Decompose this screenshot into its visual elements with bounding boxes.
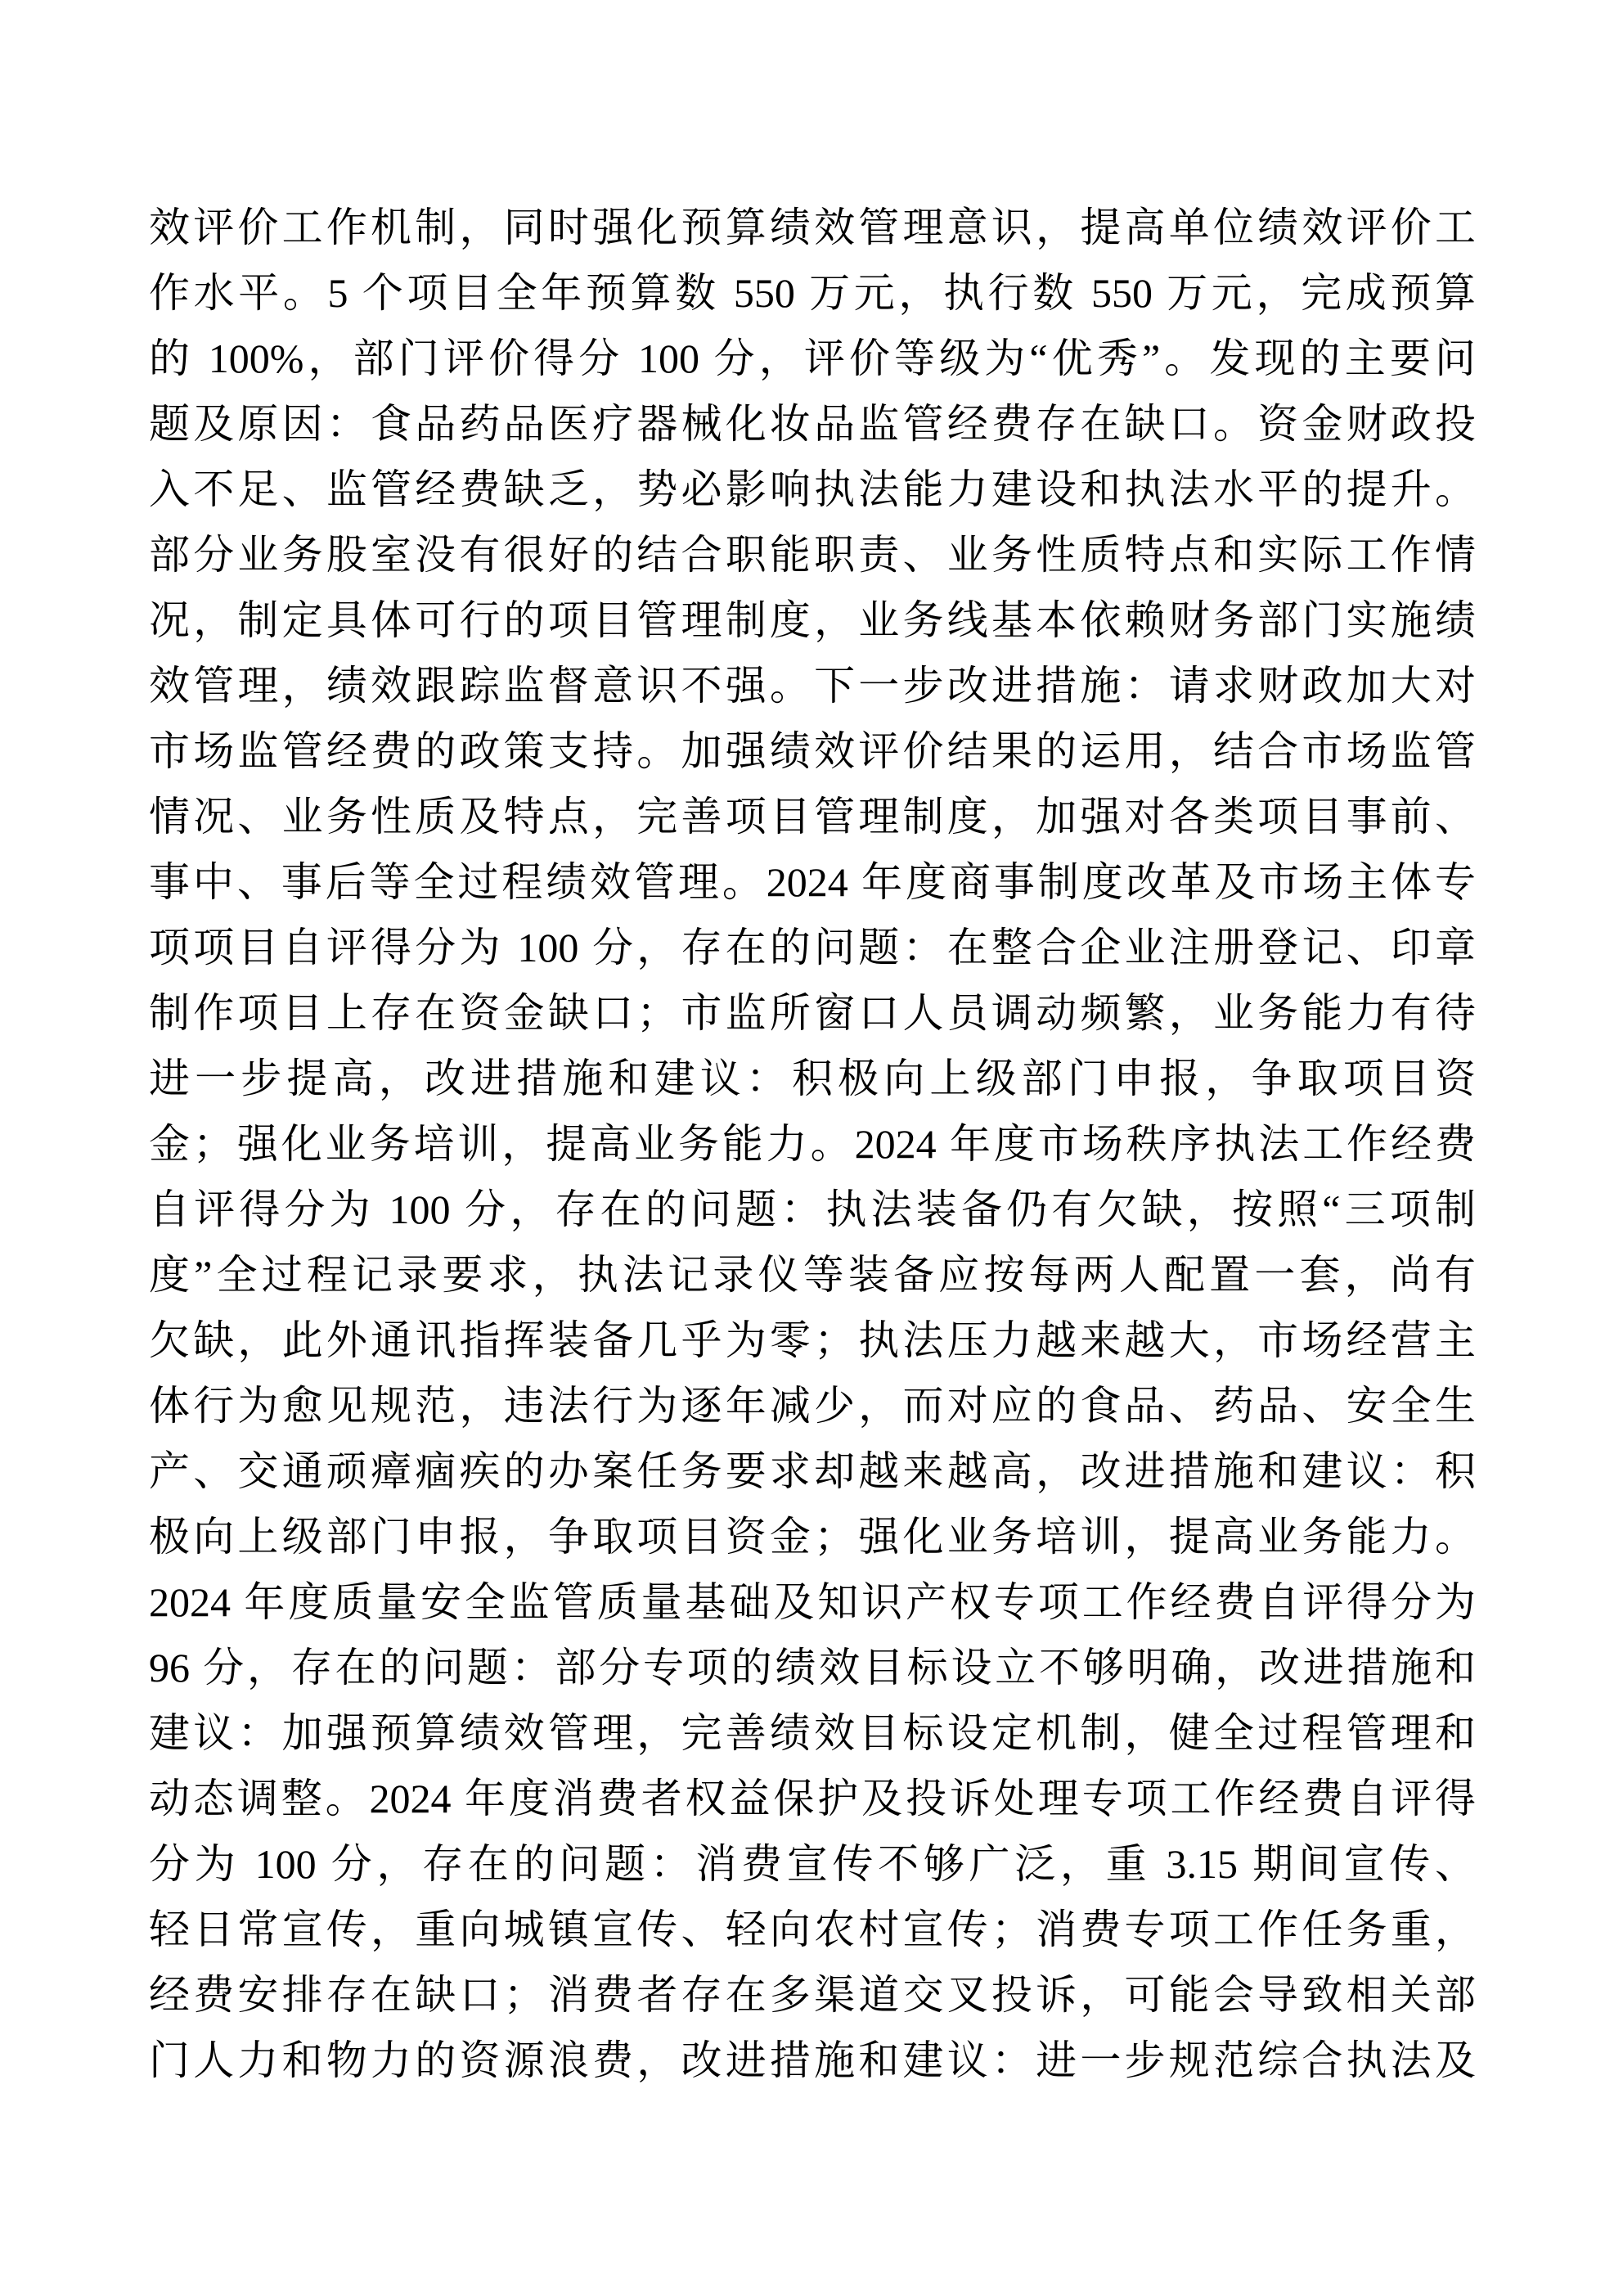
text-line: 经费安排存在缺口；消费者存在多渠道交叉投诉，可能会导致相关部	[149, 1962, 1476, 2028]
text-line: 体行为愈见规范，违法行为逐年减少，而对应的食品、药品、安全生	[149, 1373, 1476, 1438]
text-line: 进一步提高，改进措施和建议：积极向上级部门申报，争取项目资	[149, 1046, 1476, 1111]
text-line: 部分业务股室没有很好的结合职能职责、业务性质特点和实际工作情	[149, 522, 1476, 588]
text-line: 极向上级部门申报，争取项目资金；强化业务培训，提高业务能力。	[149, 1504, 1476, 1569]
text-line: 事中、事后等全过程绩效管理。2024 年度商事制度改革及市场主体专	[149, 849, 1476, 915]
text-line: 轻日常宣传，重向城镇宣传、轻向农村宣传；消费专项工作任务重，	[149, 1897, 1476, 1962]
text-line: 市场监管经费的政策支持。加强绩效评价结果的运用，结合市场监管	[149, 718, 1476, 784]
text-line: 入不足、监管经费缺乏，势必影响执法能力建设和执法水平的提升。	[149, 457, 1476, 522]
text-line: 2024 年度质量安全监管质量基础及知识产权专项工作经费自评得分为	[149, 1569, 1476, 1635]
text-line: 欠缺，此外通讯指挥装备几乎为零；执法压力越来越大，市场经营主	[149, 1308, 1476, 1373]
text-line: 门人力和物力的资源浪费，改进措施和建议：进一步规范综合执法及	[149, 2028, 1476, 2093]
document-page: 效评价工作机制，同时强化预算绩效管理意识，提高单位绩效评价工 作水平。5 个项目…	[0, 0, 1623, 2296]
body-paragraph: 效评价工作机制，同时强化预算绩效管理意识，提高单位绩效评价工 作水平。5 个项目…	[149, 195, 1476, 2093]
text-line: 分为 100 分，存在的问题：消费宣传不够广泛，重 3.15 期间宣传、	[149, 1831, 1476, 1897]
text-line: 作水平。5 个项目全年预算数 550 万元，执行数 550 万元，完成预算	[149, 260, 1476, 326]
text-line: 动态调整。2024 年度消费者权益保护及投诉处理专项工作经费自评得	[149, 1766, 1476, 1831]
text-line: 金；强化业务培训，提高业务能力。2024 年度市场秩序执法工作经费	[149, 1111, 1476, 1177]
text-line: 的 100%，部门评价得分 100 分，评价等级为“优秀”。发现的主要问	[149, 326, 1476, 391]
text-line: 况，制定具体可行的项目管理制度，业务线基本依赖财务部门实施绩	[149, 588, 1476, 653]
text-line: 效管理，绩效跟踪监督意识不强。下一步改进措施：请求财政加大对	[149, 653, 1476, 718]
text-line: 度”全过程记录要求，执法记录仪等装备应按每两人配置一套，尚有	[149, 1242, 1476, 1308]
text-line: 制作项目上存在资金缺口；市监所窗口人员调动频繁，业务能力有待	[149, 980, 1476, 1046]
text-line: 产、交通顽瘴痼疾的办案任务要求却越来越高，改进措施和建议：积	[149, 1438, 1476, 1504]
text-line: 项项目自评得分为 100 分，存在的问题：在整合企业注册登记、印章	[149, 915, 1476, 980]
text-line: 题及原因：食品药品医疗器械化妆品监管经费存在缺口。资金财政投	[149, 391, 1476, 457]
text-line: 效评价工作机制，同时强化预算绩效管理意识，提高单位绩效评价工	[149, 195, 1476, 260]
text-line: 情况、业务性质及特点，完善项目管理制度，加强对各类项目事前、	[149, 784, 1476, 849]
text-line: 96 分，存在的问题：部分专项的绩效目标设立不够明确，改进措施和	[149, 1635, 1476, 1700]
text-line: 自评得分为 100 分，存在的问题：执法装备仍有欠缺，按照“三项制	[149, 1177, 1476, 1242]
text-line: 建议：加强预算绩效管理，完善绩效目标设定机制，健全过程管理和	[149, 1700, 1476, 1766]
